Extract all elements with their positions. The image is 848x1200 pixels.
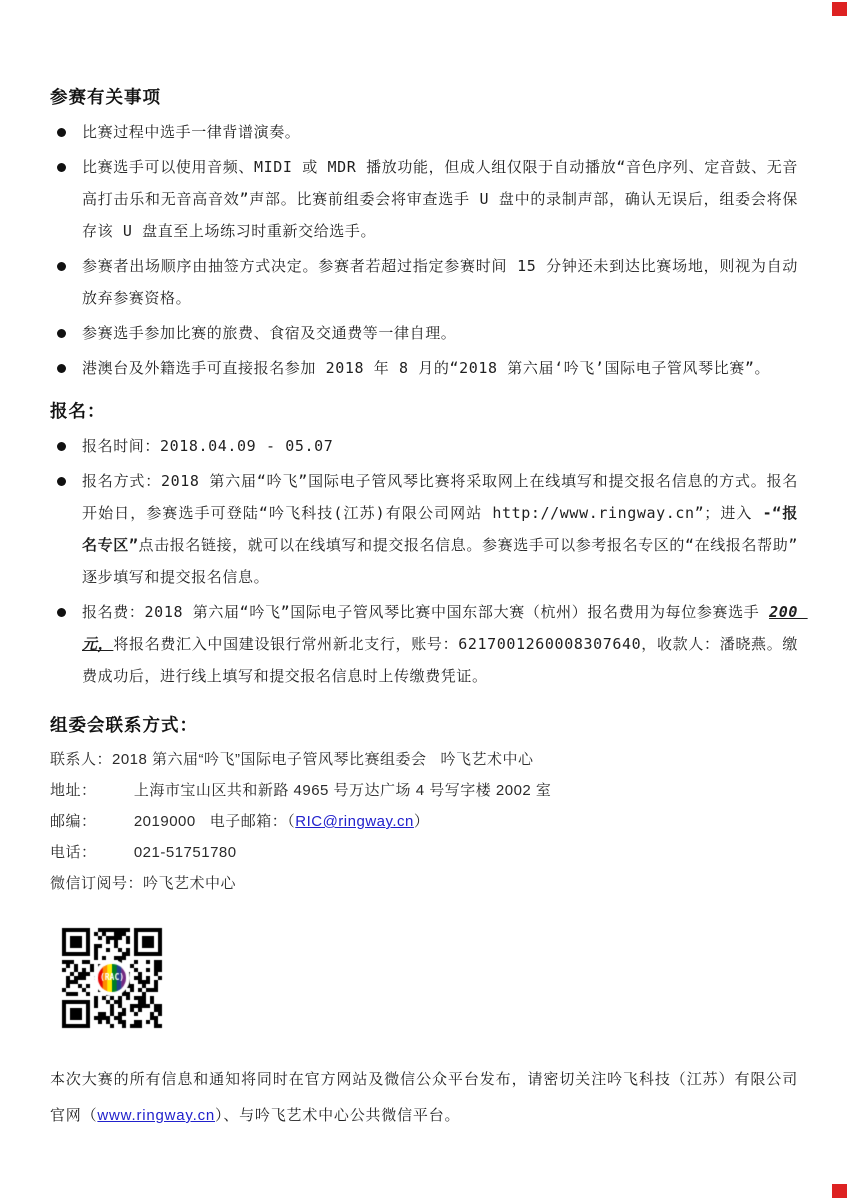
bullet-icon (57, 608, 66, 617)
participation-bullet-list: 比赛过程中选手一律背谱演奏。 比赛选手可以使用音频、MIDI 或 MDR 播放功… (50, 116, 798, 387)
text-segment: 港澳台及外籍选手可直接报名参加 2018 年 8 月的“2018 第六届‘吟飞’… (82, 359, 770, 377)
bullet-icon (57, 329, 66, 338)
registration-bullet-list: 报名时间：2018.04.09 - 05.07 报名方式：2018 第六届“吟飞… (50, 430, 798, 695)
red-corner-mark-top (832, 2, 847, 16)
list-item: 港澳台及外籍选手可直接报名参加 2018 年 8 月的“2018 第六届‘吟飞’… (50, 352, 798, 384)
document-page: 参赛有关事项 比赛过程中选手一律背谱演奏。 比赛选手可以使用音频、MIDI 或 … (0, 0, 848, 1200)
wechat-qr-code (58, 924, 166, 1032)
bullet-icon (57, 262, 66, 271)
contact-row-postcode-email: 邮编： 2019000 电子邮箱：（RIC@ringway.cn） (50, 806, 798, 837)
contact-section-heading: 组委会联系方式： (50, 712, 198, 737)
text-segment: 电话： 021-51751780 (50, 844, 237, 861)
text-segment: 报名费：2018 第六届“吟飞”国际电子管风琴比赛中国东部大赛（杭州）报名费用为… (82, 603, 769, 621)
text-segment: 联系人：2018 第六届“吟飞”国际电子管风琴比赛组委会 吟飞艺术中心 (50, 751, 534, 768)
bullet-text: 参赛者出场顺序由抽签方式决定。参赛者若超过指定参赛时间 15 分钟还未到达比赛场… (82, 250, 798, 314)
bullet-icon (57, 477, 66, 486)
contact-row-phone: 电话： 021-51751780 (50, 837, 798, 868)
text-segment: 比赛过程中选手一律背谱演奏。 (82, 123, 300, 141)
list-item: 参赛者出场顺序由抽签方式决定。参赛者若超过指定参赛时间 15 分钟还未到达比赛场… (50, 250, 798, 314)
list-item: 比赛选手可以使用音频、MIDI 或 MDR 播放功能，但成人组仅限于自动播放“音… (50, 151, 798, 247)
footer-notice: 本次大赛的所有信息和通知将同时在官方网站及微信公众平台发布，请密切关注吟飞科技（… (50, 1062, 798, 1134)
bullet-icon (57, 364, 66, 373)
text-link[interactable]: www.ringway.cn (97, 1107, 215, 1124)
text-segment: 报名时间：2018.04.09 - 05.07 (82, 437, 333, 455)
list-item: 参赛选手参加比赛的旅费、食宿及交通费等一律自理。 (50, 317, 798, 349)
bullet-text: 参赛选手参加比赛的旅费、食宿及交通费等一律自理。 (82, 317, 798, 349)
text-segment: ）、与吟飞艺术中心公共微信平台。 (215, 1107, 460, 1124)
list-item: 报名方式：2018 第六届“吟飞”国际电子管风琴比赛将采取网上在线填写和提交报名… (50, 465, 798, 593)
text-segment: 邮编： 2019000 电子邮箱：（ (50, 813, 295, 830)
red-corner-mark-bottom (832, 1184, 847, 1198)
bullet-text: 比赛过程中选手一律背谱演奏。 (82, 116, 798, 148)
bullet-text: 比赛选手可以使用音频、MIDI 或 MDR 播放功能，但成人组仅限于自动播放“音… (82, 151, 798, 247)
text-segment: 点击报名链接，就可以在线填写和提交报名信息。参赛选手可以参考报名专区的“在线报名… (82, 536, 798, 586)
text-segment: ） (414, 813, 430, 830)
participation-section-heading: 参赛有关事项 (50, 84, 161, 109)
bullet-text: 报名方式：2018 第六届“吟飞”国际电子管风琴比赛将采取网上在线填写和提交报名… (82, 465, 798, 593)
text-segment: 参赛选手参加比赛的旅费、食宿及交通费等一律自理。 (82, 324, 456, 342)
text-segment: 将报名费汇入中国建设银行常州新北支行，账号：621700126000830764… (82, 635, 798, 685)
list-item: 报名时间：2018.04.09 - 05.07 (50, 430, 798, 462)
contact-row-wechat: 微信订阅号：吟飞艺术中心 (50, 868, 798, 899)
text-segment: 地址： 上海市宝山区共和新路 4965 号万达广场 4 号写字楼 2002 室 (50, 782, 551, 799)
bullet-icon (57, 442, 66, 451)
text-segment: 微信订阅号：吟飞艺术中心 (50, 875, 236, 892)
text-segment: 比赛选手可以使用音频、MIDI 或 MDR 播放功能，但成人组仅限于自动播放“音… (82, 158, 798, 240)
bullet-text: 报名费：2018 第六届“吟飞”国际电子管风琴比赛中国东部大赛（杭州）报名费用为… (82, 596, 798, 692)
bullet-text: 港澳台及外籍选手可直接报名参加 2018 年 8 月的“2018 第六届‘吟飞’… (82, 352, 798, 384)
registration-section-heading: 报名： (50, 398, 106, 423)
text-segment: 报名方式：2018 第六届“吟飞”国际电子管风琴比赛将采取网上在线填写和提交报名… (82, 472, 798, 522)
contact-row-person: 联系人：2018 第六届“吟飞”国际电子管风琴比赛组委会 吟飞艺术中心 (50, 744, 798, 775)
bullet-icon (57, 163, 66, 172)
contact-info-list: 联系人：2018 第六届“吟飞”国际电子管风琴比赛组委会 吟飞艺术中心 地址： … (50, 744, 798, 899)
list-item: 报名费：2018 第六届“吟飞”国际电子管风琴比赛中国东部大赛（杭州）报名费用为… (50, 596, 798, 692)
bullet-text: 报名时间：2018.04.09 - 05.07 (82, 430, 798, 462)
text-link[interactable]: RIC@ringway.cn (295, 813, 414, 830)
contact-row-address: 地址： 上海市宝山区共和新路 4965 号万达广场 4 号写字楼 2002 室 (50, 775, 798, 806)
qr-code-image (58, 924, 166, 1032)
list-item: 比赛过程中选手一律背谱演奏。 (50, 116, 798, 148)
bullet-icon (57, 128, 66, 137)
text-segment: 参赛者出场顺序由抽签方式决定。参赛者若超过指定参赛时间 15 分钟还未到达比赛场… (82, 257, 798, 307)
